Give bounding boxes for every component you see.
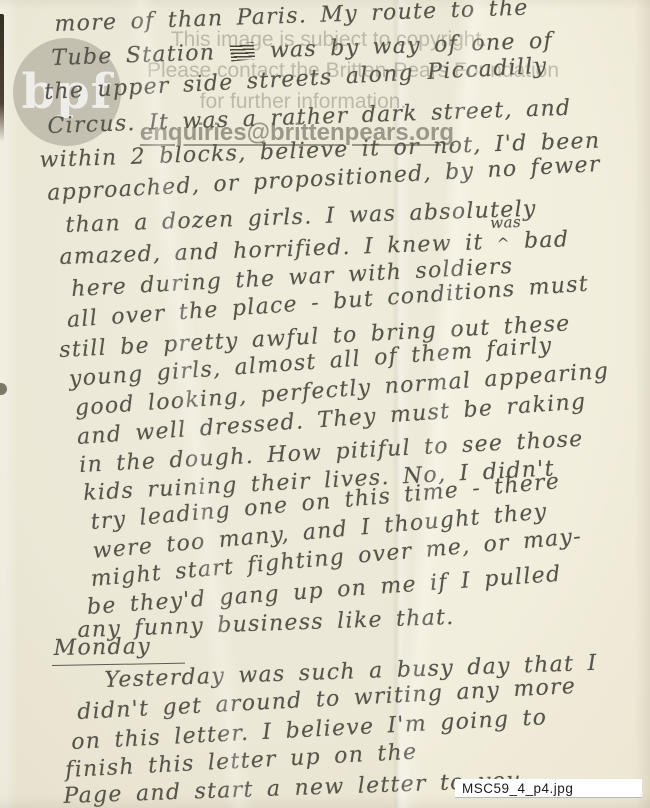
- letter-heading-monday: Monday: [51, 634, 185, 666]
- letter-body: more of than Paris. My route to theTube …: [0, 0, 650, 808]
- scanned-letter-page: bpf This image is subject to copyright. …: [0, 0, 650, 808]
- scribble-crossout: [230, 42, 256, 61]
- filename-label: MSC59_4_p4.jpg: [455, 779, 642, 798]
- inserted-word: was: [490, 209, 522, 236]
- inserted-word-caret: ^was: [497, 230, 512, 256]
- letter-line-text: Tube Station: [51, 40, 229, 71]
